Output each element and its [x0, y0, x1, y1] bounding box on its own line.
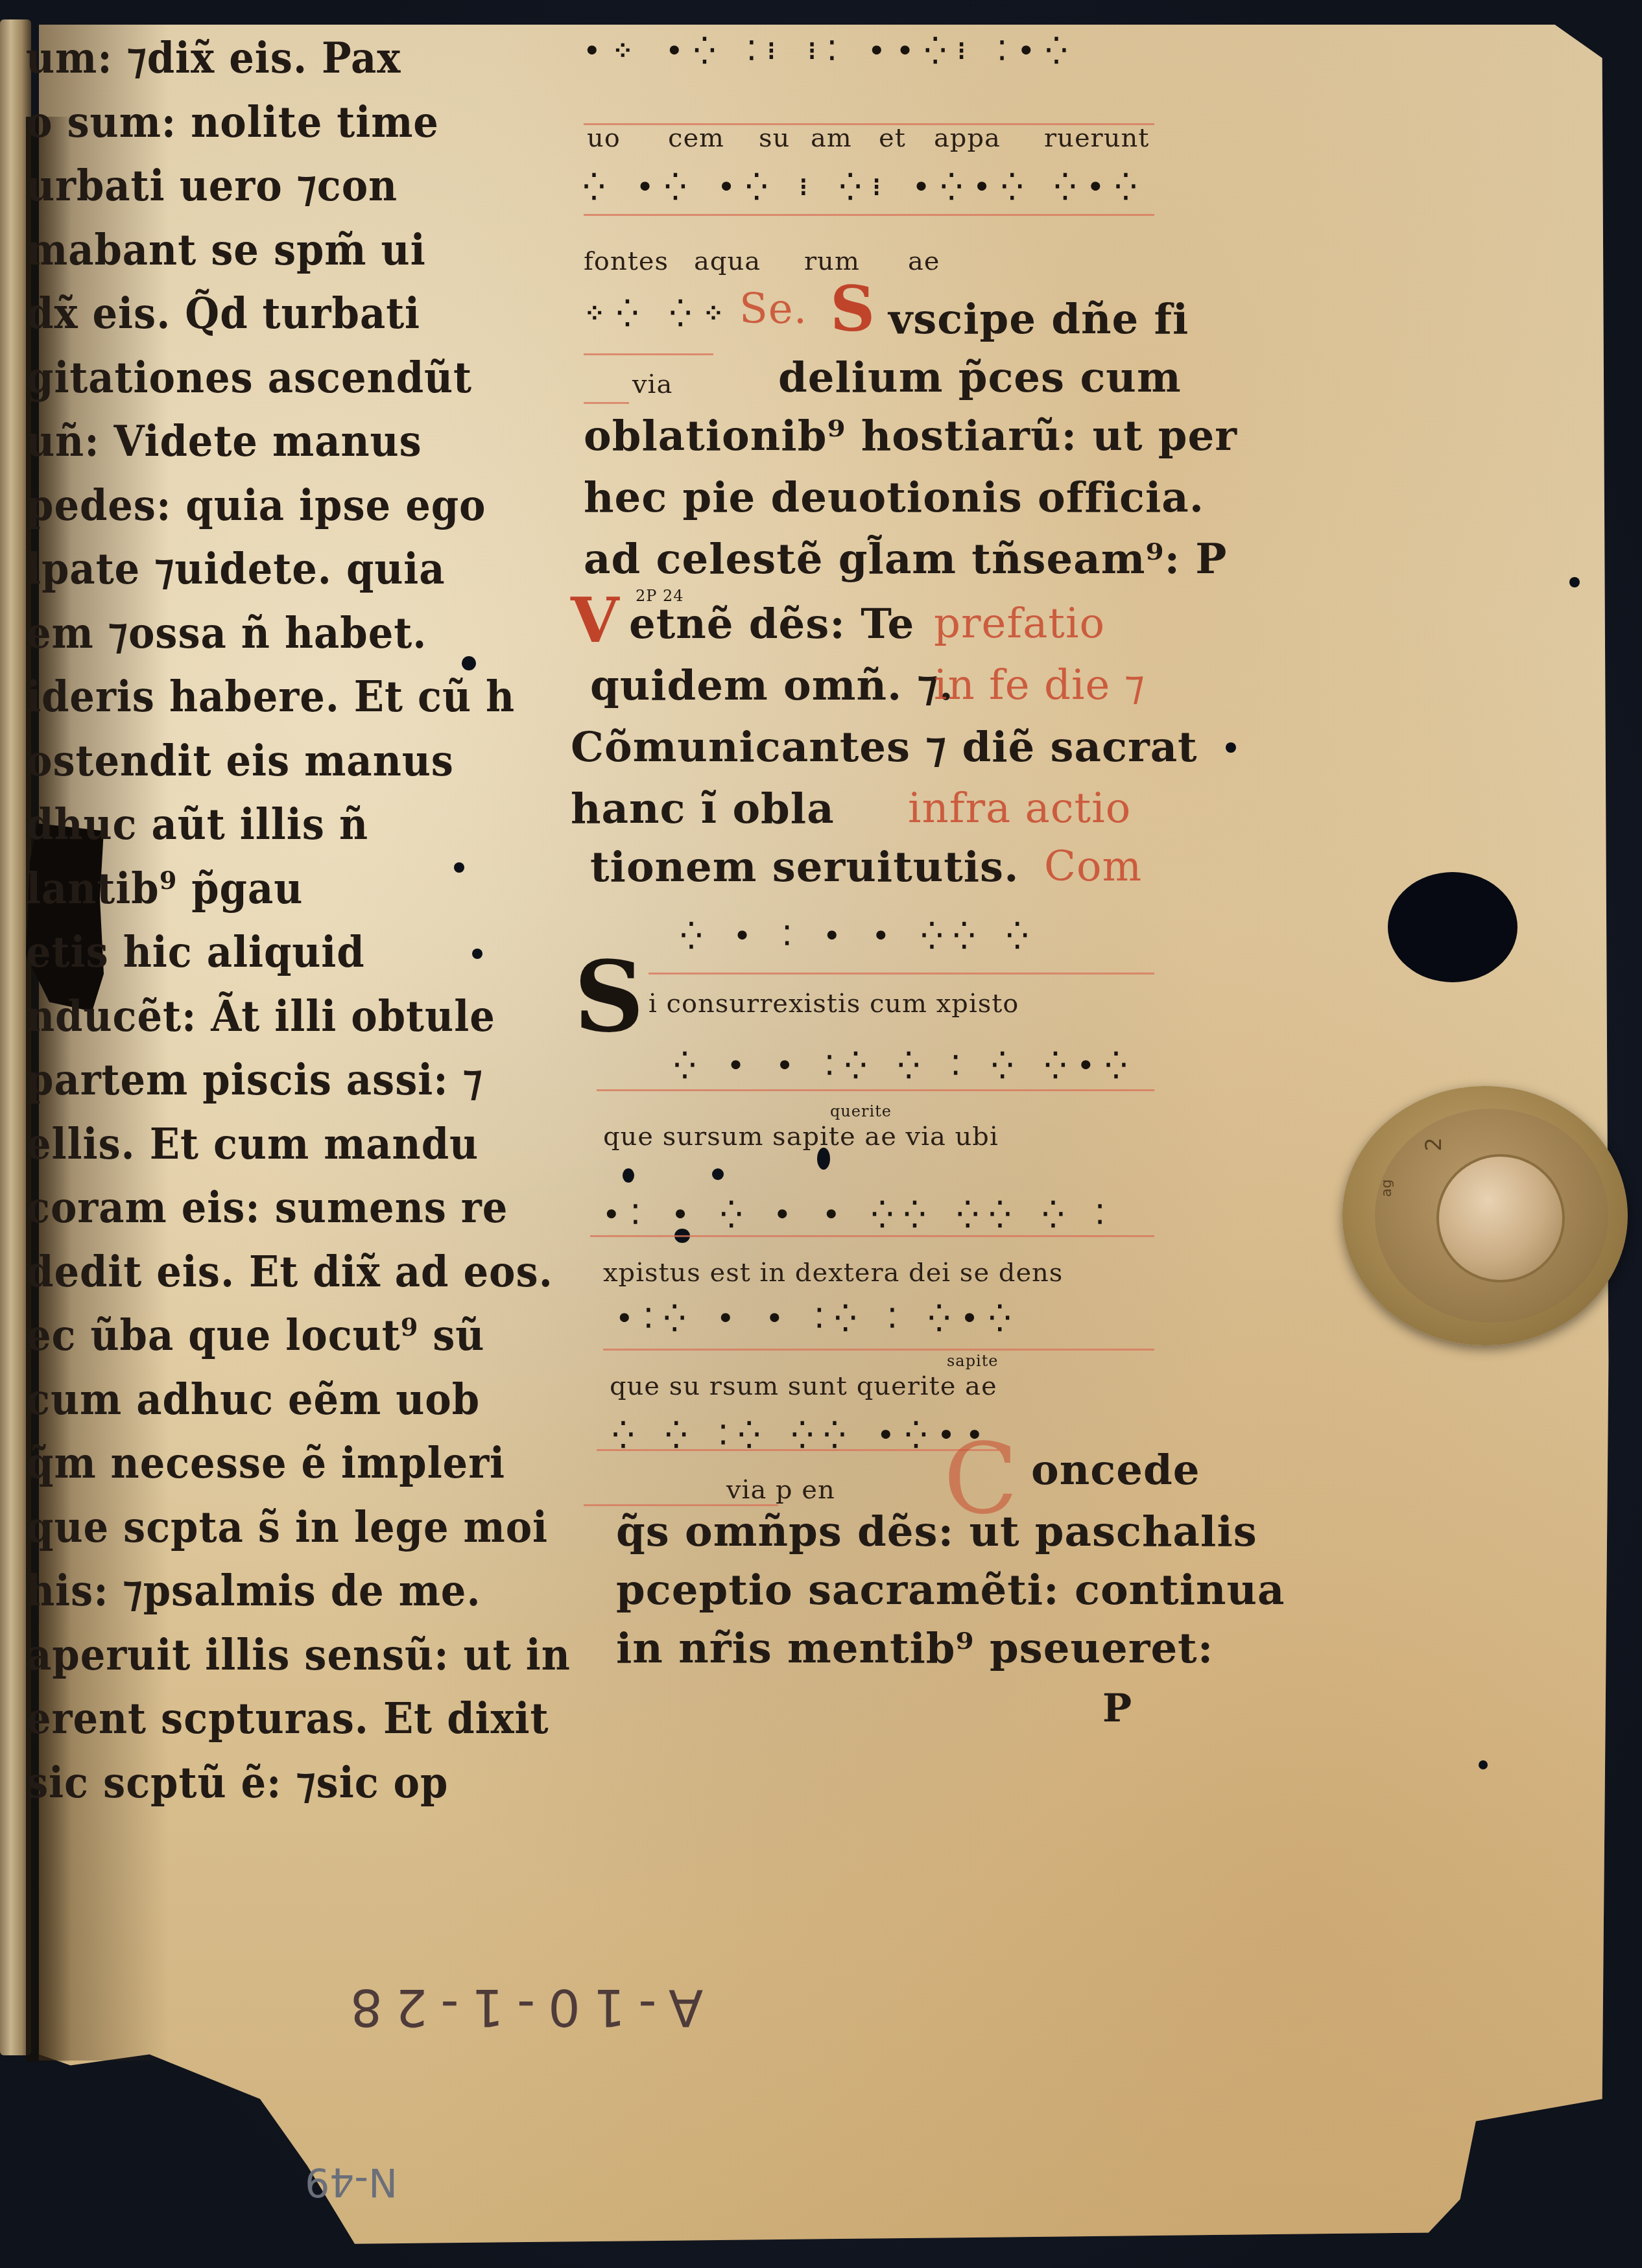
clasp-center [1436, 1154, 1565, 1282]
chant-line: i consurrexistis cum xpisto [648, 989, 1019, 1019]
postcommunion-line: in nr̃is mentib⁹ pseueret: [616, 1624, 1213, 1673]
shelfmark-annotation: A-10-1-28 [337, 1978, 703, 2036]
chant-gloss: querite [830, 1102, 892, 1120]
servitutis-line: tionem seruitutis. [590, 843, 1019, 892]
preface-line: etnẽ dẽs: Te [629, 600, 914, 648]
chant-syllable: am [811, 123, 852, 153]
preface-rubric: Com [1044, 843, 1142, 891]
hanc-igitur-line: hanc ĩ obla [571, 785, 835, 833]
chant-line: que su rsum sunt querite ae [610, 1371, 997, 1401]
via-label: via [632, 370, 672, 399]
secret-rubric: Se. [739, 285, 807, 333]
staff-line [590, 1235, 1154, 1237]
staff-line [648, 973, 1154, 975]
postcommunion-line: pceptio sacramẽti: continua [616, 1566, 1285, 1614]
chant-line: que sursum sapite ae via ubi [603, 1122, 999, 1152]
chant-line: xpistus est in dextera dei se dens [603, 1258, 1063, 1288]
preface-rubric: infra actio [908, 785, 1131, 833]
chant-gloss: sapite [947, 1352, 999, 1370]
staff-line [597, 1089, 1154, 1091]
neumes-row: •⁚⁛ • • ⁚⁛ ⁚ ⁛•⁛ [616, 1303, 1022, 1334]
staff-line [584, 214, 1154, 216]
secret-line: vscipe dñe fi [888, 295, 1189, 344]
staff-line [603, 1349, 1154, 1351]
pencil-annotation: N-49 [305, 2159, 398, 2204]
neumes-row: ⁛ • ⁚ • • ⁛⁛ ⁛ [681, 921, 1040, 951]
clasp-small-mark: ag [1379, 1179, 1395, 1197]
preface-rubric: in fe die ⁊ [934, 661, 1145, 709]
chant-syllable: et [879, 123, 906, 153]
chant-syllable: ae [908, 246, 940, 276]
neumes-row: ⁛ • • ⁚⁛ ⁛ ⁚ ⁛ ⁛•⁛ [674, 1050, 1138, 1081]
neumes-row: ⁛ ⁛ ⁚⁛ ⁛⁛ •⁛•• [613, 1420, 994, 1450]
closing-per-mark: P [1102, 1686, 1132, 1731]
secret-line: ad celestẽ gl̃am tñseam⁹: P [584, 535, 1227, 584]
secret-line: oblationib⁹ hostiarũ: ut per [584, 412, 1237, 460]
chant-syllable: fontes [584, 246, 669, 276]
neumes-row: ⁛ •⁛ •⁛ ⁝ ⁛⁝ •⁛•⁛ ⁛•⁛ [584, 172, 1148, 202]
preface-rubric: prefatio [934, 600, 1105, 648]
postcommunion-line: oncede [1031, 1446, 1200, 1494]
neumes-row: ⁘⁛ ⁛⁘ [584, 298, 736, 329]
postcommunion-line: q̃s omñps dẽs: ut paschalis [616, 1507, 1257, 1556]
preface-line: quidem omñ. ⁊. [590, 661, 954, 710]
secret-line: hec pie deuotionis officia. [584, 473, 1204, 522]
staff-line [584, 353, 713, 355]
chant-syllable: cem [668, 123, 724, 153]
secret-line: delium p̃ces cum [778, 353, 1182, 402]
chant-line: via p en [726, 1475, 835, 1505]
chant-syllable: ruerunt [1044, 123, 1149, 153]
clasp-numeral: 2 [1421, 1137, 1447, 1152]
chant-syllable: uo [587, 123, 621, 153]
chant-initial-s: S [574, 940, 645, 1054]
chant-syllable: appa [934, 123, 1001, 153]
chant-syllable: su [759, 123, 790, 153]
secret-initial: S [830, 272, 875, 346]
chant-syllable: aqua [694, 246, 761, 276]
preface-initial: V [571, 584, 619, 657]
neumes-row: •⁚ • ⁛ • • ⁛⁛ ⁛⁛ ⁛ ⁚ [603, 1199, 1115, 1230]
staff-line [584, 402, 629, 404]
neumes-row: •⁘ •⁛ ⁚⁝ ⁝⁚ ••⁛⁝ ⁚•⁛ [584, 36, 1078, 66]
communicantes-line: Cõmunicantes ⁊ diẽ sacrat [571, 723, 1198, 772]
